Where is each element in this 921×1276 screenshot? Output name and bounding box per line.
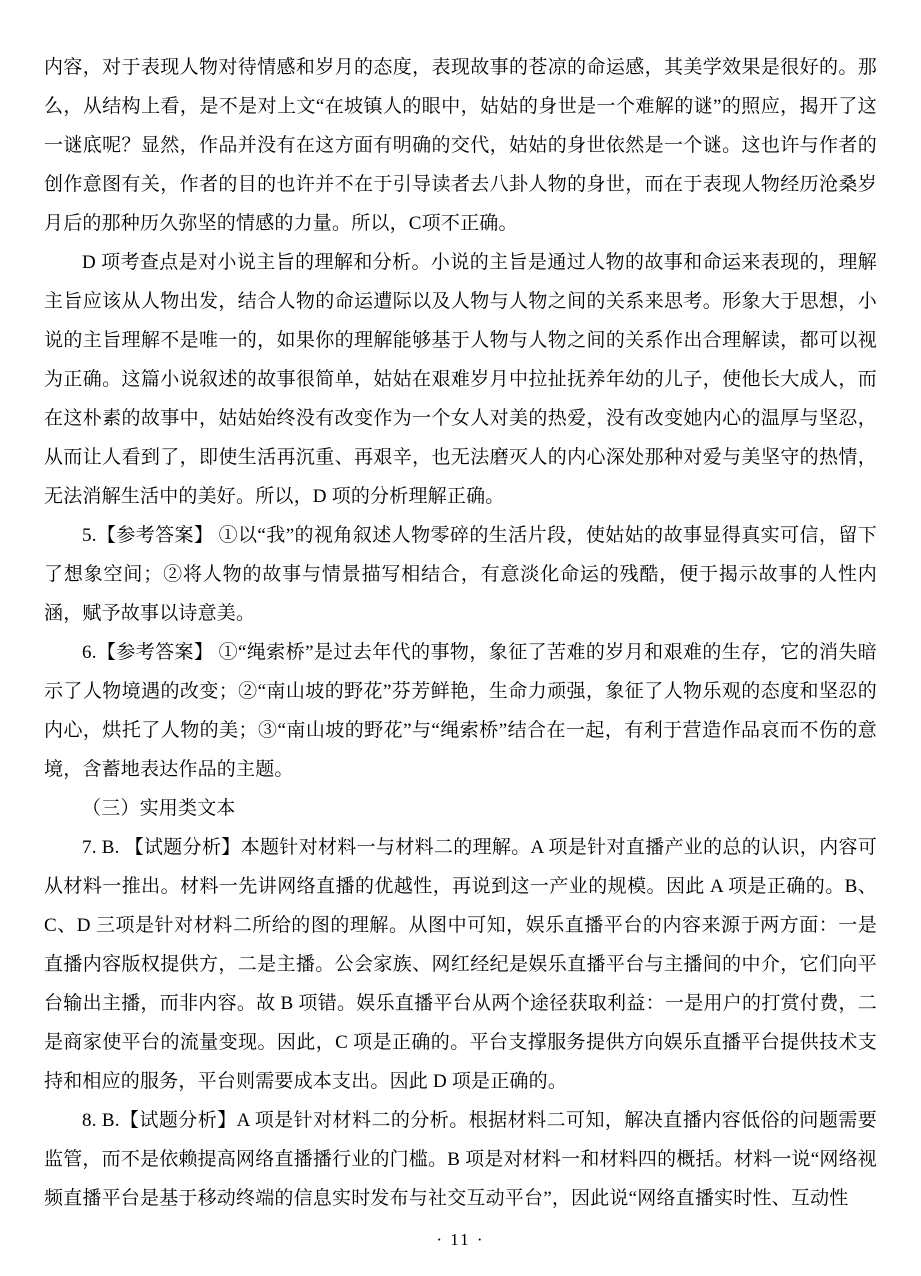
section-heading: （三）实用类文本 [44,789,877,828]
paragraph-answer-8: 8. B.【试题分析】A 项是针对材料二的分析。根据材料二可知，解决直播内容低俗… [44,1101,877,1218]
paragraph-answer-7: 7. B. 【试题分析】本题针对材料一与材料二的理解。A 项是针对直播产业的总的… [44,828,877,1101]
page-number: · 11 · [0,1228,921,1252]
document-page: 内容，对于表现人物对待情感和岁月的态度，表现故事的苍凉的命运感，其美学效果是很好… [0,0,921,1276]
document-body: 内容，对于表现人物对待情感和岁月的态度，表现故事的苍凉的命运感，其美学效果是很好… [44,48,877,1218]
paragraph-analysis-d: D 项考查点是对小说主旨的理解和分析。小说的主旨是通过人物的故事和命运来表现的，… [44,243,877,516]
paragraph-analysis-c-continued: 内容，对于表现人物对待情感和岁月的态度，表现故事的苍凉的命运感，其美学效果是很好… [44,48,877,243]
paragraph-answer-6: 6.【参考答案】 ①“绳索桥”是过去年代的事物，象征了苦难的岁月和艰难的生存，它… [44,633,877,789]
page-background: { "document": { "paragraphs": [ { "id": … [0,0,921,1276]
paragraph-answer-5: 5.【参考答案】 ①以“我”的视角叙述人物零碎的生活片段，使姑姑的故事显得真实可… [44,516,877,633]
